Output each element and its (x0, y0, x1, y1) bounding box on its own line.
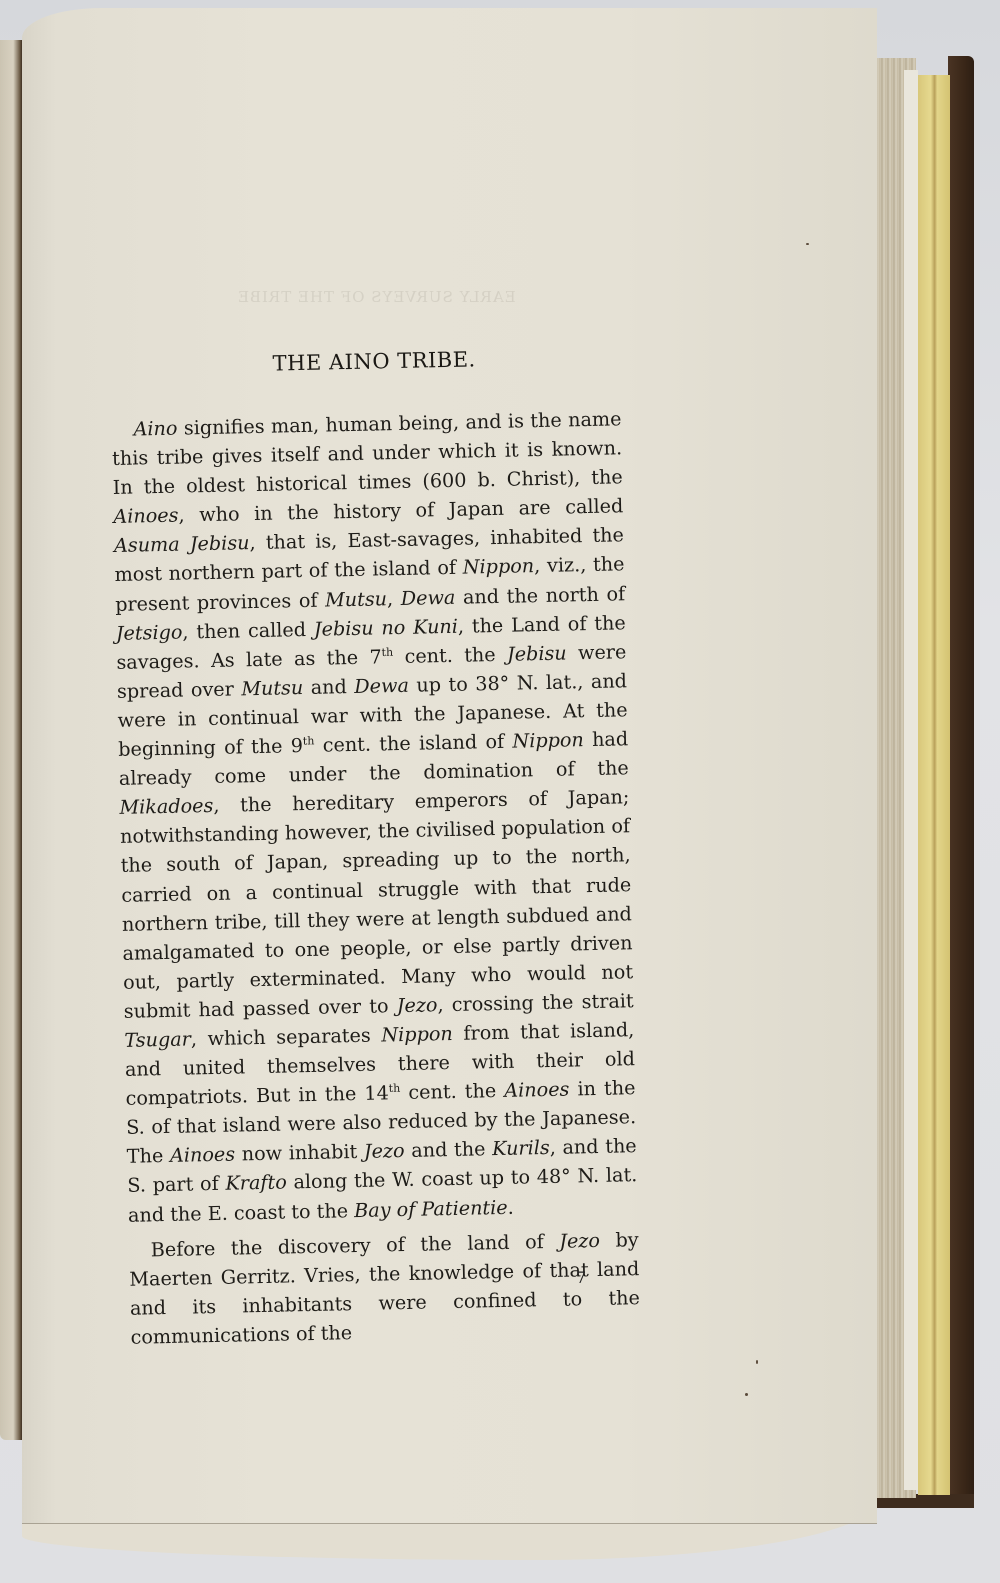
paper-speck (756, 1360, 758, 1364)
paper-speck (806, 243, 809, 245)
text-run: , which separates (191, 1023, 382, 1050)
italic-term: Mutsu (325, 587, 387, 611)
yellow-endpaper (918, 75, 950, 1495)
bleed-through-header: EARLY SURVEYS OF THE TRIBE (237, 288, 516, 306)
italic-term: Bay of Patientie (354, 1195, 508, 1221)
italic-term: Nippon (512, 728, 584, 752)
text-run: , (387, 587, 401, 610)
italic-term: Aino (133, 417, 177, 441)
page-fore-edge-light (904, 70, 918, 1490)
italic-term: Mikadoes (119, 794, 213, 819)
ordinal-suffix: th (381, 645, 393, 658)
text-run: cent. the (393, 643, 507, 668)
italic-term: Tsugar (124, 1027, 191, 1051)
italic-term: Jebisu (507, 641, 567, 665)
text-run: , then called (182, 617, 314, 643)
ordinal-suffix: th (389, 1082, 401, 1095)
italic-term: Jebisu no Kuni (314, 614, 458, 640)
italic-term: Dewa (354, 674, 409, 698)
italic-term: Jezo (364, 1139, 405, 1163)
italic-term: Dewa (400, 585, 455, 609)
text-run: signifies man, human being, and is the n… (112, 407, 623, 499)
italic-term: Jezo (397, 993, 438, 1017)
text-run: , crossing the strait (437, 989, 634, 1016)
text-run: and the (404, 1138, 492, 1163)
italic-term: Krafto (225, 1171, 287, 1195)
text-run: and (303, 675, 355, 699)
ordinal-suffix: th (303, 734, 315, 747)
book-cover-board (948, 56, 974, 1506)
paper-speck (745, 1393, 748, 1396)
italic-term: Ainoes (170, 1143, 236, 1167)
text-run: and the north of (455, 582, 625, 609)
text-run: cent. the island of (314, 730, 512, 757)
italic-term: Mutsu (241, 676, 303, 700)
page-text-block: THE AINO TRIBE. Aino signifies man, huma… (110, 344, 641, 1351)
italic-term: Ainoes (504, 1078, 570, 1102)
italic-term: Jetsigo (116, 620, 183, 644)
paragraph-1: Aino signifies man, human being, and is … (111, 404, 638, 1229)
italic-term: Kurils (492, 1136, 550, 1160)
italic-term: Nippon (381, 1022, 453, 1046)
text-run: cent. the (400, 1079, 504, 1104)
left-page-edge (0, 40, 22, 1440)
text-run: . (507, 1195, 514, 1218)
italic-term: Ainoes (113, 504, 179, 528)
italic-term: Jezo (559, 1229, 600, 1253)
italic-term: Nippon (463, 555, 535, 579)
text-run: , who in the history of Japan are called (178, 495, 623, 527)
page-number: 7 (576, 1268, 586, 1287)
text-run: , the hereditary emperors of Japan; notw… (120, 785, 633, 1022)
paragraph-2: Before the discovery of the land of Jezo… (128, 1225, 640, 1352)
italic-term: Asuma Jebisu (114, 531, 250, 557)
text-run: Before the discovery of the land of (151, 1229, 560, 1261)
text-run: now inhabit (235, 1140, 364, 1166)
